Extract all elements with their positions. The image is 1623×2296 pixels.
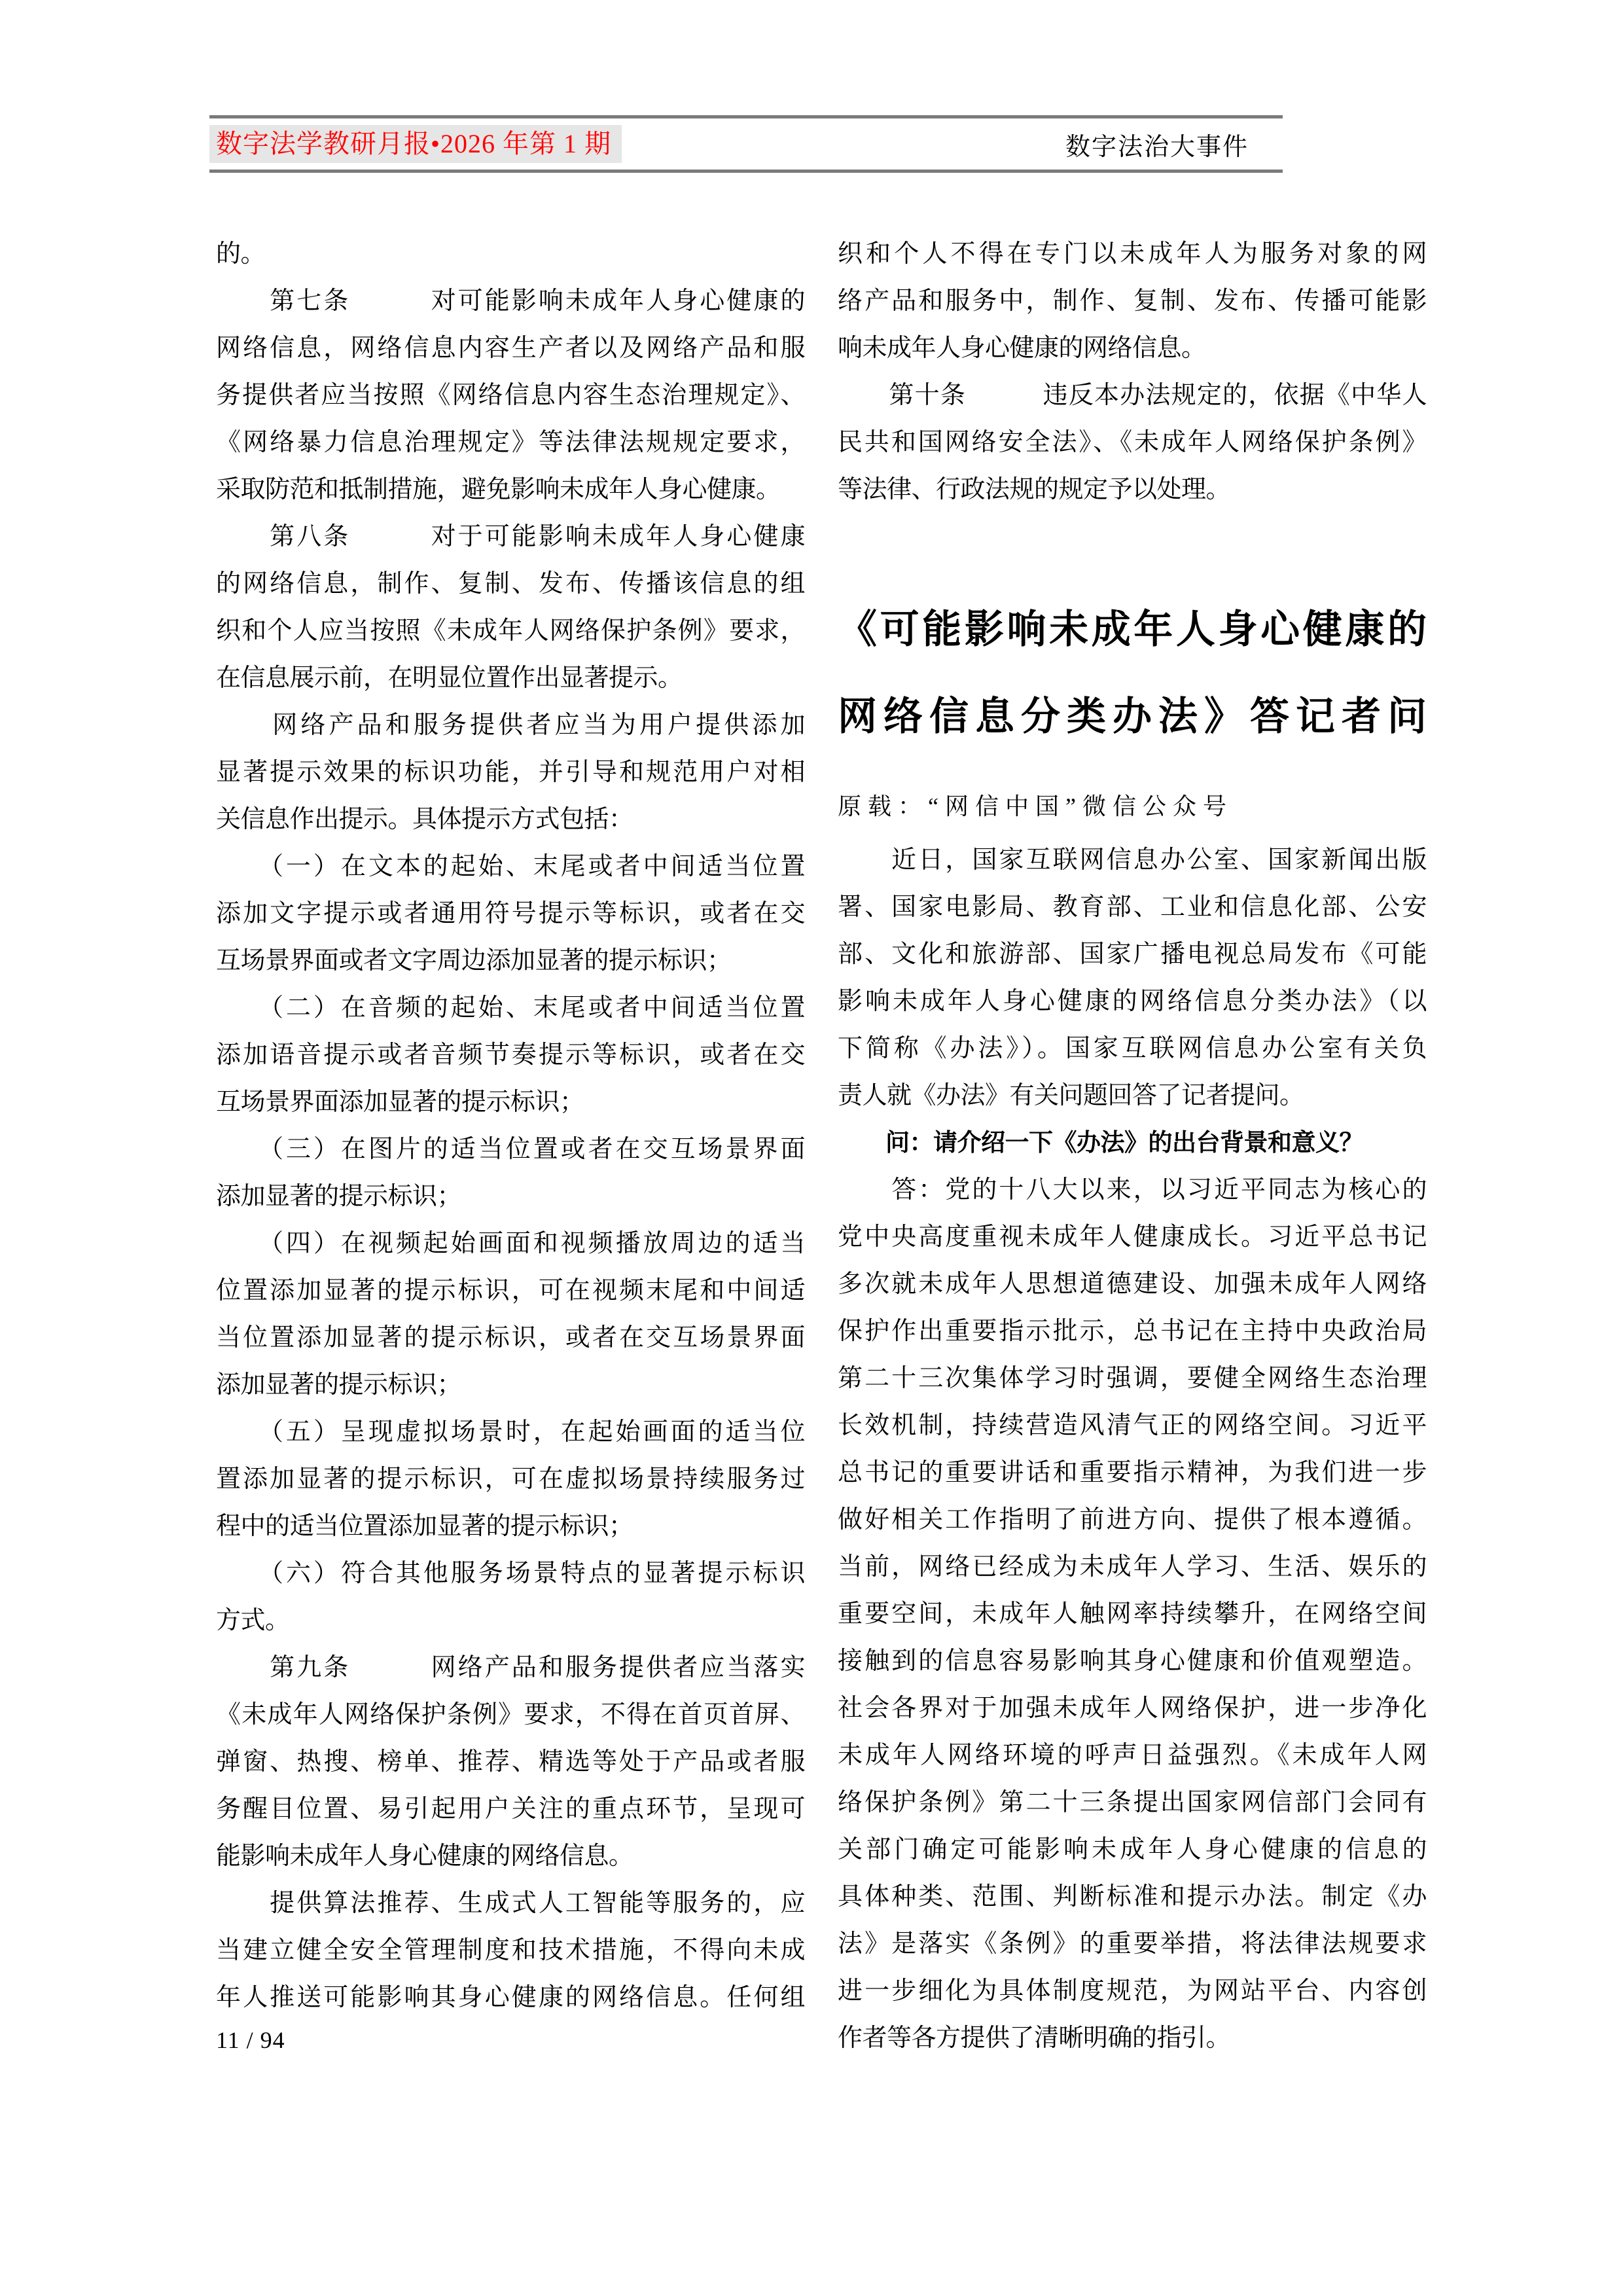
- text-line: 方式。: [216, 1597, 805, 1644]
- text-line: 接触到的信息容易影响其身心健康和价值观塑造。: [838, 1638, 1427, 1685]
- text-line: （五）呈现虚拟场景时，在起始画面的适当位: [216, 1408, 805, 1456]
- text-line: 具体种类、范围、判断标准和提示办法。制定《办: [838, 1873, 1427, 1920]
- text-line: 网络信息，网络信息内容生产者以及网络产品和服: [216, 325, 805, 372]
- text-line: 织和个人应当按照《未成年人网络保护条例》要求，: [216, 607, 805, 655]
- text-line: 社会各界对于加强未成年人网络保护，进一步净化: [838, 1685, 1427, 1732]
- text-line: 当建立健全安全管理制度和技术措施，不得向未成: [216, 1927, 805, 1974]
- text-line: 法》是落实《条例》的重要举措，将法律法规要求: [838, 1920, 1427, 1967]
- text-line: 显著提示效果的标识功能，并引导和规范用户对相: [216, 749, 805, 796]
- right-column-body-block: 近日，国家互联网信息办公室、国家新闻出版署、国家电影局、教育部、工业和信息化部、…: [838, 836, 1427, 2062]
- text-line: 部、文化和旅游部、国家广播电视总局发布《可能: [838, 931, 1427, 978]
- text-line: 等法律、行政法规的规定予以处理。: [838, 466, 1427, 513]
- text-line: 络保护条例》第二十三条提出国家网信部门会同有: [838, 1779, 1427, 1826]
- text-line: （一）在文本的起始、末尾或者中间适当位置: [216, 843, 805, 890]
- text-line: 的。: [216, 230, 805, 278]
- text-line: 民共和国网络安全法》、《未成年人网络保护条例》: [838, 419, 1427, 466]
- text-line: 年人推送可能影响其身心健康的网络信息。任何组: [216, 1974, 805, 2021]
- text-line: （三）在图片的适当位置或者在交互场景界面: [216, 1126, 805, 1173]
- article-heading-line: 《可能影响未成年人身心健康的: [838, 586, 1427, 673]
- text-line: 添加语音提示或者音频节奏提示等标识，或者在交: [216, 1031, 805, 1079]
- right-column-top-block: 织和个人不得在专门以未成年人为服务对象的网络产品和服务中，制作、复制、发布、传播…: [838, 230, 1427, 513]
- text-line: 的网络信息，制作、复制、发布、传播该信息的组: [216, 560, 805, 607]
- text-line: 《网络暴力信息治理规定》等法律法规规定要求，: [216, 419, 805, 466]
- text-line: 程中的适当位置添加显著的提示标识；: [216, 1503, 805, 1550]
- text-line: 下简称《办法》）。国家互联网信息办公室有关负: [838, 1025, 1427, 1072]
- text-line: 务提供者应当按照《网络信息内容生态治理规定》、: [216, 372, 805, 419]
- right-column: 织和个人不得在专门以未成年人为服务对象的网络产品和服务中，制作、复制、发布、传播…: [838, 230, 1427, 2062]
- text-line: （二）在音频的起始、末尾或者中间适当位置: [216, 984, 805, 1031]
- page-header: 数字法学教研月报•2026 年第 1 期 数字法治大事件: [209, 115, 1283, 173]
- text-line: 第八条 对于可能影响未成年人身心健康: [216, 513, 805, 560]
- text-line: 多次就未成年人思想道德建设、加强未成年人网络: [838, 1261, 1427, 1308]
- page-number: 11 / 94: [216, 2027, 285, 2053]
- article-heading: 《可能影响未成年人身心健康的 网络信息分类办法》答记者问: [838, 586, 1427, 761]
- text-line: 当位置添加显著的提示标识，或者在交互场景界面: [216, 1314, 805, 1361]
- journal-title: 数字法学教研月报•2026 年第 1 期: [209, 125, 622, 163]
- text-line: 关部门确定可能影响未成年人身心健康的信息的: [838, 1826, 1427, 1873]
- left-column: 的。 第七条 对可能影响未成年人身心健康的网络信息，网络信息内容生产者以及网络产…: [216, 230, 805, 2021]
- text-line: 第九条 网络产品和服务提供者应当落实: [216, 1644, 805, 1691]
- section-title: 数字法治大事件: [1065, 126, 1249, 162]
- text-line: 网络产品和服务提供者应当为用户提供添加: [216, 702, 805, 749]
- text-line: 总书记的重要讲话和重要指示精神，为我们进一步: [838, 1449, 1427, 1496]
- text-line: 作者等各方提供了清晰明确的指引。: [838, 2015, 1427, 2062]
- text-line: 第十条 违反本办法规定的，依据《中华人: [838, 372, 1427, 419]
- text-line: （四）在视频起始画面和视频播放周边的适当: [216, 1220, 805, 1267]
- text-line: （六）符合其他服务场景特点的显著提示标识: [216, 1550, 805, 1597]
- text-line: 务醒目位置、易引起用户关注的重点环节，呈现可: [216, 1785, 805, 1833]
- text-line: 添加文字提示或者通用符号提示等标识，或者在交: [216, 890, 805, 937]
- article-heading-line: 网络信息分类办法》答记者问: [838, 673, 1427, 761]
- text-line: 第二十三次集体学习时强调，要健全网络生态治理: [838, 1355, 1427, 1402]
- text-line: 第七条 对可能影响未成年人身心健康的: [216, 278, 805, 325]
- text-line: 责人就《办法》有关问题回答了记者提问。: [838, 1072, 1427, 1119]
- text-line: 重要空间，未成年人触网率持续攀升，在网络空间: [838, 1590, 1427, 1638]
- text-line: 长效机制，持续营造风清气正的网络空间。习近平: [838, 1402, 1427, 1449]
- page-footer: 11 / 94: [216, 2026, 285, 2054]
- text-line: 署、国家电影局、教育部、工业和信息化部、公安: [838, 884, 1427, 931]
- text-line: 置添加显著的提示标识，可在虚拟场景持续服务过: [216, 1456, 805, 1503]
- text-line: 互场景界面添加显著的提示标识；: [216, 1079, 805, 1126]
- text-line: 党中央高度重视未成年人健康成长。习近平总书记: [838, 1213, 1427, 1261]
- text-line: 能影响未成年人身心健康的网络信息。: [216, 1833, 805, 1880]
- text-line: 位置添加显著的提示标识，可在视频末尾和中间适: [216, 1267, 805, 1314]
- text-line: 《未成年人网络保护条例》要求，不得在首页首屏、: [216, 1691, 805, 1738]
- text-line: 进一步细化为具体制度规范，为网站平台、内容创: [838, 1967, 1427, 2015]
- text-line: 做好相关工作指明了前进方向、提供了根本遵循。: [838, 1496, 1427, 1543]
- source-line: 原载：“网信中国”微信公众号: [838, 787, 1427, 826]
- text-line: 采取防范和抵制措施，避免影响未成年人身心健康。: [216, 466, 805, 513]
- text-line: 关信息作出提示。具体提示方式包括：: [216, 796, 805, 843]
- text-line: 在信息展示前，在明显位置作出显著提示。: [216, 655, 805, 702]
- text-line: 当前，网络已经成为未成年人学习、生活、娱乐的: [838, 1543, 1427, 1590]
- text-line: 互场景界面或者文字周边添加显著的提示标识；: [216, 937, 805, 984]
- text-line: 保护作出重要指示批示，总书记在主持中央政治局: [838, 1308, 1427, 1355]
- text-line: 添加显著的提示标识；: [216, 1173, 805, 1220]
- text-line: 络产品和服务中，制作、复制、发布、传播可能影: [838, 278, 1427, 325]
- text-line: 未成年人网络环境的呼声日益强烈。《未成年人网: [838, 1732, 1427, 1779]
- text-line: 答：党的十八大以来，以习近平同志为核心的: [838, 1166, 1427, 1213]
- text-line: 织和个人不得在专门以未成年人为服务对象的网: [838, 230, 1427, 278]
- document-page: 数字法学教研月报•2026 年第 1 期 数字法治大事件 的。 第七条 对可能影…: [0, 0, 1623, 2296]
- text-line: 提供算法推荐、生成式人工智能等服务的，应: [216, 1880, 805, 1927]
- text-line: 问：请介绍一下《办法》的出台背景和意义？: [838, 1119, 1427, 1166]
- text-line: 弹窗、热搜、榜单、推荐、精选等处于产品或者服: [216, 1738, 805, 1785]
- text-line: 近日，国家互联网信息办公室、国家新闻出版: [838, 836, 1427, 884]
- text-line: 影响未成年人身心健康的网络信息分类办法》（以: [838, 978, 1427, 1025]
- text-line: 响未成年人身心健康的网络信息。: [838, 325, 1427, 372]
- text-line: 添加显著的提示标识；: [216, 1361, 805, 1408]
